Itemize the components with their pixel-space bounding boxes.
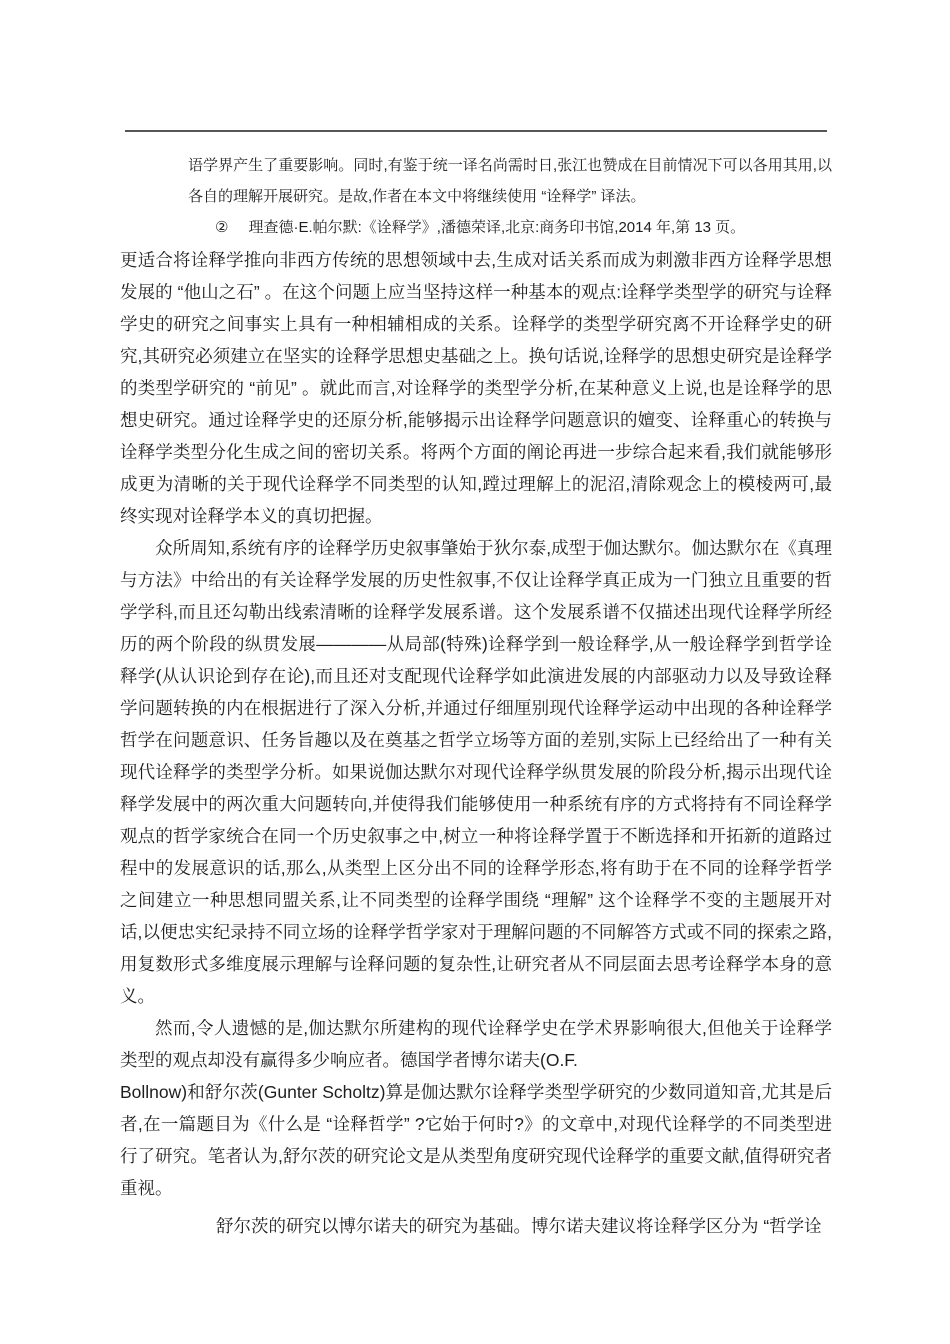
body-paragraph-continuation: 更适合将诠释学推向非西方传统的思想领域中去,生成对话关系而成为刺激非西方诠释学思… [120, 244, 832, 532]
footnote-section: 语学界产生了重要影响。同时,有鉴于统一译名尚需时日,张江也赞成在目前情况下可以各… [120, 150, 832, 243]
footnote-entry-text: 理查德·E.帕尔默:《诠释学》,潘德荣译,北京:商务印书馆,2014 年,第 1… [248, 219, 745, 236]
body-paragraph-last: 舒尔茨的研究以博尔诺夫的研究为基础。博尔诺夫建议将诠释学区分为 “哲学诠 [120, 1210, 832, 1242]
footnote-separator-rule [125, 130, 827, 132]
document-body: 更适合将诠释学推向非西方传统的思想领域中去,生成对话关系而成为刺激非西方诠释学思… [120, 244, 832, 1242]
footnote-continuation-text: 语学界产生了重要影响。同时,有鉴于统一译名尚需时日,张江也赞成在目前情况下可以各… [188, 150, 832, 212]
body-paragraph: 众所周知,系统有序的诠释学历史叙事肇始于狄尔泰,成型于伽达默尔。伽达默尔在《真理… [120, 532, 832, 1012]
body-paragraph: 然而,令人遗憾的是,伽达默尔所建构的现代诠释学史在学术界影响很大,但他关于诠释学… [120, 1012, 832, 1204]
document-page: 语学界产生了重要影响。同时,有鉴于统一译名尚需时日,张江也赞成在目前情况下可以各… [0, 0, 950, 1344]
footnote-entry: ②理查德·E.帕尔默:《诠释学》,潘德荣译,北京:商务印书馆,2014 年,第 … [215, 212, 832, 243]
footnote-marker: ② [215, 212, 228, 243]
